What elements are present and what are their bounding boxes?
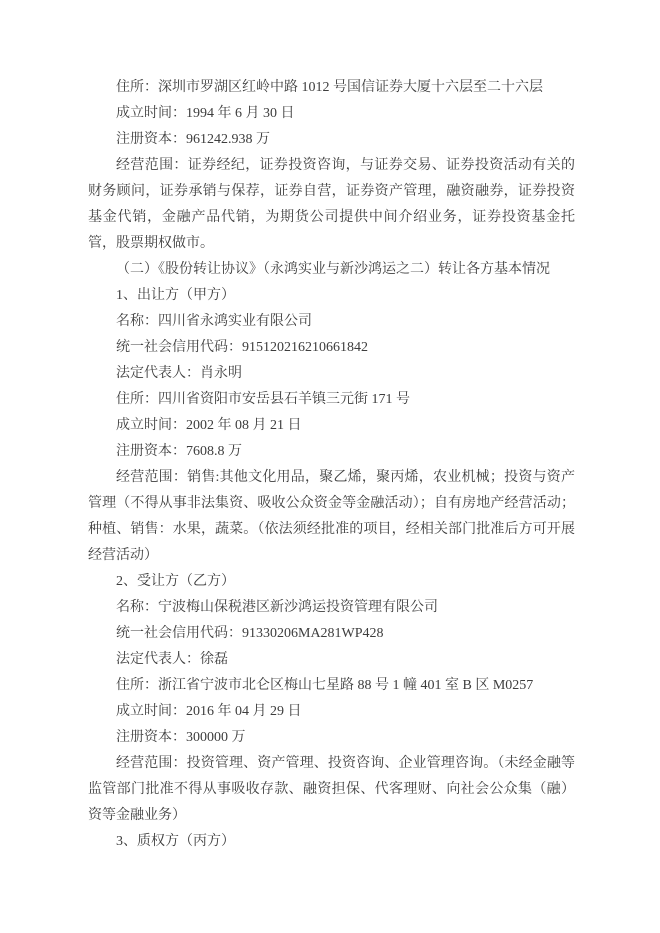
paragraph-address-party-b: 住所：浙江省宁波市北仑区梅山七星路 88 号 1 幢 401 室 B 区 M02… [88,673,575,699]
paragraph-established-date-party-b: 成立时间：2016 年 04 月 29 日 [88,699,575,725]
paragraph-established-date-party-a: 成立时间：2002 年 08 月 21 日 [88,413,575,439]
paragraph-credit-code-party-b: 统一社会信用代码：91330206MA281WP428 [88,621,575,647]
subsection-pledgee-party-c: 3、质权方（丙方） [88,829,575,855]
paragraph-address-party-a: 住所：四川省资阳市安岳县石羊镇三元街 171 号 [88,387,575,413]
paragraph-business-scope-party-a: 经营范围：销售:其他文化用品，聚乙烯，聚丙烯，农业机械；投资与资产管理（不得从事… [88,465,575,569]
subsection-transferee-party-b: 2、受让方（乙方） [88,569,575,595]
document-body: 住所：深圳市罗湖区红岭中路 1012 号国信证券大厦十六层至二十六层 成立时间：… [88,75,575,855]
paragraph-credit-code-party-a: 统一社会信用代码：915120216210661842 [88,335,575,361]
paragraph-registered-capital-party-b: 注册资本：300000 万 [88,725,575,751]
paragraph-established-date-guosen: 成立时间：1994 年 6 月 30 日 [88,101,575,127]
document-page: 住所：深圳市罗湖区红岭中路 1012 号国信证券大厦十六层至二十六层 成立时间：… [0,0,660,933]
paragraph-legal-representative-party-a: 法定代表人：肖永明 [88,361,575,387]
paragraph-address-guosen: 住所：深圳市罗湖区红岭中路 1012 号国信证券大厦十六层至二十六层 [88,75,575,101]
subsection-transferor-party-a: 1、出让方（甲方） [88,283,575,309]
paragraph-business-scope-guosen: 经营范围：证券经纪，证券投资咨询，与证券交易、证券投资活动有关的财务顾问，证券承… [88,153,575,257]
paragraph-registered-capital-party-a: 注册资本：7608.8 万 [88,439,575,465]
paragraph-registered-capital-guosen: 注册资本：961242.938 万 [88,127,575,153]
paragraph-name-party-b: 名称：宁波梅山保税港区新沙鸿运投资管理有限公司 [88,595,575,621]
section-heading-agreement-two: （二）《股份转让协议》（永鸿实业与新沙鸿运之二）转让各方基本情况 [88,257,575,283]
paragraph-legal-representative-party-b: 法定代表人：徐磊 [88,647,575,673]
paragraph-name-party-a: 名称：四川省永鸿实业有限公司 [88,309,575,335]
paragraph-business-scope-party-b: 经营范围：投资管理、资产管理、投资咨询、企业管理咨询。（未经金融等监管部门批准不… [88,751,575,829]
